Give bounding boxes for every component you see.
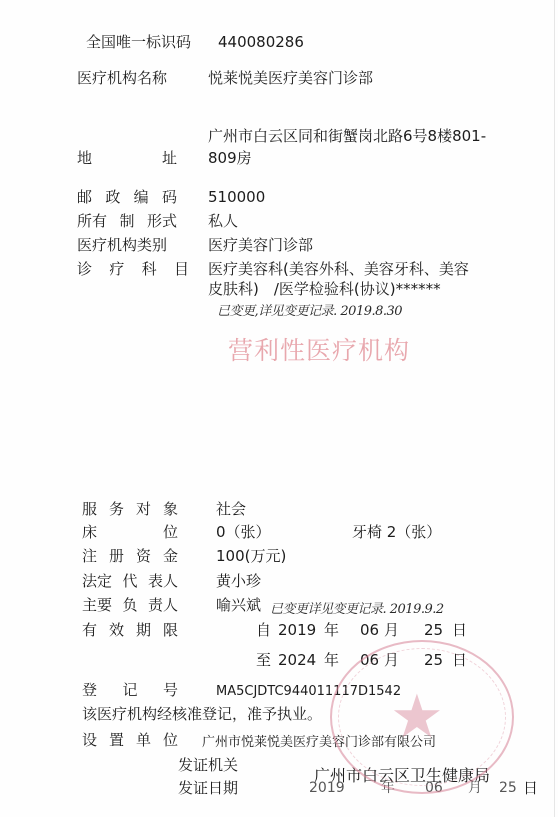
validity-to-year: 2024 <box>278 651 316 670</box>
principal-label: 主要 负 责人 <box>82 596 178 615</box>
label-char: 登 <box>82 681 97 700</box>
label-char: 表人 <box>148 572 178 591</box>
label-char: 记 <box>122 681 137 700</box>
validity-to-month: 06 <box>360 651 379 670</box>
label-char: 效 <box>109 621 124 640</box>
establishing-unit-value: 广州市悦莱悦美医疗美容门诊部有限公司 <box>202 733 436 752</box>
for-profit-watermark: 营利性医疗机构 <box>228 331 410 367</box>
address-label-char-2: 址 <box>162 149 177 168</box>
issue-date-month: 06 <box>425 779 443 798</box>
validity-from-day: 25 <box>424 621 443 640</box>
validity-from-prefix: 自 <box>256 621 271 640</box>
label-char: 科 <box>142 260 157 279</box>
page-edge <box>554 0 555 817</box>
issue-date-year: 2019 <box>309 779 345 798</box>
label-char: 码 <box>162 188 177 207</box>
service-target-value: 社会 <box>216 500 246 519</box>
issue-date-day-unit: 日 <box>523 779 538 798</box>
license-page: 全国唯一标识码 440080286 医疗机构名称 悦莱悦美医疗美容门诊部 地 址… <box>0 0 558 817</box>
legal-rep-value: 黄小珍 <box>216 572 261 591</box>
validity-from-year: 2019 <box>278 621 316 640</box>
registered-capital-value: 100(万元) <box>216 547 286 566</box>
beds-value: 0（张） <box>216 523 271 542</box>
label-char: 置 <box>109 731 124 750</box>
validity-from-month: 06 <box>360 621 379 640</box>
institution-type-label: 医疗机构类别 <box>77 236 167 255</box>
validity-to-prefix: 至 <box>256 651 271 670</box>
label-char: 资 <box>136 547 151 566</box>
label-char: 诊 <box>77 260 92 279</box>
address-line-1: 广州市白云区同和街蟹岗北路6号8楼801- <box>208 127 486 146</box>
departments-label: 诊 疗 科 目 <box>77 260 189 279</box>
label-char: 邮 <box>77 188 92 207</box>
registration-no-value: MA5CJDTC944011117D1542 <box>216 682 401 701</box>
label-char: 负 <box>122 596 137 615</box>
ownership-label: 所有 制 形式 <box>77 212 177 231</box>
label-char: 制 <box>119 212 134 231</box>
label-char: 对 <box>136 500 151 519</box>
dental-chairs-value: 牙椅 2（张） <box>352 523 441 542</box>
label-char: 册 <box>109 547 124 566</box>
validity-to-day-unit: 日 <box>452 651 467 670</box>
label-char: 期 <box>136 621 151 640</box>
label-char: 位 <box>163 523 178 542</box>
address-line-2: 809房 <box>208 149 252 168</box>
label-char: 政 <box>105 188 120 207</box>
label-char: 目 <box>174 260 189 279</box>
issue-date-label: 发证日期 <box>178 779 238 798</box>
label-char: 所有 <box>77 212 107 231</box>
label-char: 务 <box>109 500 124 519</box>
ownership-value: 私人 <box>208 212 238 231</box>
label-char: 注 <box>82 547 97 566</box>
validity-from-year-unit: 年 <box>324 621 339 640</box>
label-char: 床 <box>82 523 97 542</box>
label-char: 单 <box>136 731 151 750</box>
registered-capital-label: 注 册 资 金 <box>82 547 178 566</box>
beds-label: 床 位 <box>82 523 178 542</box>
issue-date-day: 25 <box>499 779 517 798</box>
institution-name-label: 医疗机构名称 <box>77 69 167 88</box>
label-char: 疗 <box>109 260 124 279</box>
postal-code-value: 510000 <box>208 188 265 207</box>
principal-handwritten-note: 已变更详见变更记录. 2019.9.2 <box>270 598 444 617</box>
label-char: 法定 <box>82 572 112 591</box>
issue-date-year-unit: 年 <box>381 779 395 798</box>
departments-line-2: 皮肤科) /医学检验科(协议)****** <box>208 280 441 299</box>
label-char: 形式 <box>147 212 177 231</box>
establishing-unit-label: 设 置 单 位 <box>82 731 178 750</box>
validity-to-month-unit: 月 <box>384 651 399 670</box>
label-char: 位 <box>163 731 178 750</box>
institution-type-value: 医疗美容门诊部 <box>208 236 313 255</box>
label-char: 编 <box>134 188 149 207</box>
label-char: 主要 <box>82 596 112 615</box>
validity-to-year-unit: 年 <box>324 651 339 670</box>
postal-code-label: 邮 政 编 码 <box>77 188 177 207</box>
issuing-authority-label: 发证机关 <box>178 756 238 775</box>
label-char: 设 <box>82 731 97 750</box>
label-char: 象 <box>163 500 178 519</box>
legal-rep-label: 法定 代 表人 <box>82 572 178 591</box>
validity-from-month-unit: 月 <box>384 621 399 640</box>
address-label-char-1: 地 <box>77 149 92 168</box>
label-char: 金 <box>163 547 178 566</box>
national-id-label: 全国唯一标识码 <box>86 33 191 52</box>
institution-name-value: 悦莱悦美医疗美容门诊部 <box>208 69 373 88</box>
address-row: 地 址 广州市白云区同和街蟹岗北路6号8楼801- 809房 <box>77 127 517 167</box>
issue-date-month-unit: 月 <box>468 779 482 798</box>
validity-to-day: 25 <box>424 651 443 670</box>
validity-from-day-unit: 日 <box>452 621 467 640</box>
label-char: 责人 <box>148 596 178 615</box>
approval-statement: 该医疗机构经核准登记，准予执业。 <box>82 705 322 724</box>
national-id-value: 440080286 <box>218 33 304 52</box>
departments-line-1: 医疗美容科(美容外科、美容牙科、美容 <box>208 260 469 279</box>
principal-value: 喻兴斌 <box>216 596 261 615</box>
departments-handwritten-note: 已变更,详见变更记录. 2019.8.30 <box>217 300 402 319</box>
label-char: 服 <box>82 500 97 519</box>
label-char: 代 <box>122 572 137 591</box>
registration-no-label: 登 记 号 <box>82 681 178 700</box>
validity-label: 有 效 期 限 <box>82 621 178 640</box>
service-target-label: 服 务 对 象 <box>82 500 178 519</box>
label-char: 限 <box>163 621 178 640</box>
label-char: 有 <box>82 621 97 640</box>
label-char: 号 <box>163 681 178 700</box>
